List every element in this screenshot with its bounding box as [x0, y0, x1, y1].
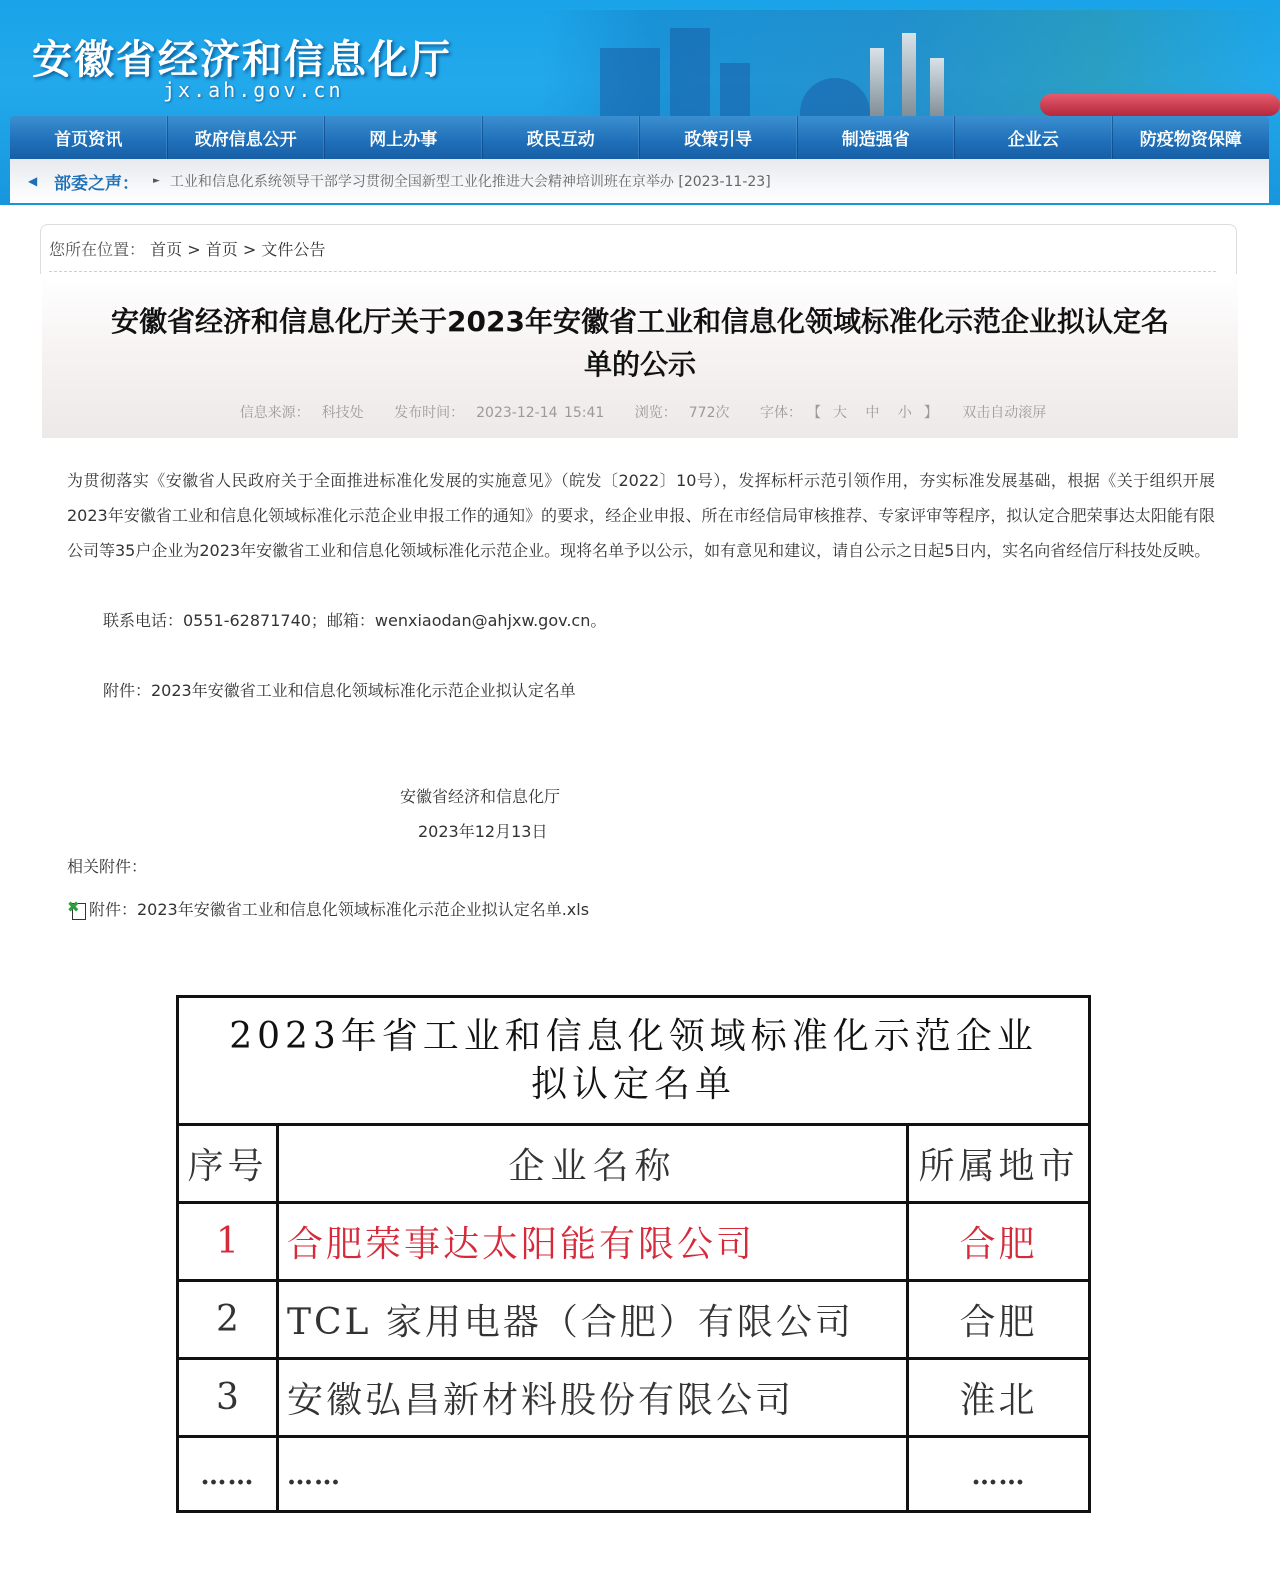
font-medium-button[interactable]: 中	[865, 405, 879, 421]
views-count: 772次	[689, 405, 730, 421]
nav-item-online-services[interactable]: 网上办事	[325, 116, 483, 159]
cell-no: ……	[179, 1438, 279, 1513]
source-label: 信息来源：	[240, 405, 310, 421]
breadcrumb-link-announcements[interactable]: 文件公告	[261, 240, 325, 259]
cell-company: 合肥荣事达太阳能有限公司	[279, 1204, 909, 1279]
article-body: 为贯彻落实《安徽省人民政府关于全面推进标准化发展的实施意见》（皖发〔2022〕1…	[67, 463, 1215, 568]
related-attachments-label: 相关附件：	[67, 849, 147, 884]
bracket: 【	[814, 405, 821, 421]
cell-company: 安徽弘昌新材料股份有限公司	[279, 1360, 909, 1435]
cell-no: 2	[179, 1282, 279, 1357]
signature-org: 安徽省经济和信息化厅	[400, 779, 560, 814]
cell-city: ……	[909, 1438, 1088, 1513]
cell-city: 合肥	[909, 1282, 1088, 1357]
article-meta: 信息来源：科技处 发布时间：2023-12-14 15:41 浏览：772次 字…	[42, 402, 1238, 422]
nav-item-epidemic-supplies[interactable]: 防疫物资保障	[1113, 116, 1270, 159]
title-line-1: 安徽省经济和信息化厅关于2023年安徽省工业和信息化领域标准化示范企业拟认定名	[111, 305, 1169, 338]
cell-no: 1	[179, 1204, 279, 1279]
table-row-ellipsis: …… …… ……	[179, 1438, 1088, 1513]
col-header-city: 所属地市	[909, 1126, 1088, 1201]
cell-company: TCL 家用电器（合肥）有限公司	[279, 1282, 909, 1357]
bracket: 】	[924, 405, 938, 421]
nav-item-policy[interactable]: 政策引导	[640, 116, 798, 159]
table-row: 2 TCL 家用电器（合肥）有限公司 合肥	[179, 1282, 1088, 1360]
table-header-row: 序号 企业名称 所属地市	[179, 1126, 1088, 1204]
signature-date: 2023年12月13日	[418, 814, 547, 849]
nav-item-manufacturing[interactable]: 制造强省	[798, 116, 956, 159]
nav-item-home-news[interactable]: 首页资讯	[10, 116, 168, 159]
breadcrumb-container: 您所在位置： 首页 > 首页 > 文件公告	[40, 224, 1237, 274]
article-header: 安徽省经济和信息化厅关于2023年安徽省工业和信息化领域标准化示范企业拟认定名 …	[42, 276, 1238, 438]
table-title-line-1: 2023年省工业和信息化领域标准化示范企业	[229, 1013, 1038, 1061]
site-url: jx.ah.gov.cn	[163, 78, 344, 102]
contact-info: 联系电话：0551-62871740；邮箱：wenxiaodan@ahjxw.g…	[103, 603, 606, 638]
breadcrumb: 您所在位置： 首页 > 首页 > 文件公告	[49, 237, 325, 260]
page-title: 安徽省经济和信息化厅关于2023年安徽省工业和信息化领域标准化示范企业拟认定名 …	[62, 300, 1218, 386]
source-value: 科技处	[322, 405, 364, 421]
candidate-list-table: 2023年省工业和信息化领域标准化示范企业 拟认定名单 序号 企业名称 所属地市…	[176, 995, 1091, 1513]
dotted-divider	[49, 271, 1216, 272]
cell-city: 合肥	[909, 1204, 1088, 1279]
attachment-file-name[interactable]: 附件：2023年安徽省工业和信息化领域标准化示范企业拟认定名单.xls	[89, 892, 589, 927]
bullet-arrow-icon: ►	[153, 176, 160, 186]
table-title: 2023年省工业和信息化领域标准化示范企业 拟认定名单	[179, 998, 1088, 1126]
attachment-file-link[interactable]: ✖ 附件：2023年安徽省工业和信息化领域标准化示范企业拟认定名单.xls	[67, 892, 589, 927]
main-nav: 首页资讯 政府信息公开 网上办事 政民互动 政策引导 制造强省 企业云 防疫物资…	[10, 116, 1269, 159]
skyline-illustration	[540, 10, 1280, 118]
excel-file-icon: ✖	[67, 900, 87, 920]
publish-time: 2023-12-14 15:41	[476, 405, 604, 421]
font-size-control: 字体：【大 中 小】	[754, 405, 944, 421]
speaker-icon: ◀	[28, 174, 42, 188]
font-large-button[interactable]: 大	[833, 405, 847, 421]
breadcrumb-separator: >	[187, 240, 200, 259]
title-line-2: 单的公示	[584, 348, 696, 381]
table-row: 3 安徽弘昌新材料股份有限公司 淮北	[179, 1360, 1088, 1438]
news-ticker: ◀ 部委之声： ► 工业和信息化系统领导干部学习贯彻全国新型工业化推进大会精神培…	[10, 159, 1269, 203]
breadcrumb-prefix: 您所在位置：	[49, 240, 145, 259]
col-header-company: 企业名称	[279, 1126, 909, 1201]
table-row: 1 合肥荣事达太阳能有限公司 合肥	[179, 1204, 1088, 1282]
cell-company: ……	[279, 1438, 909, 1513]
ticker-headline-link[interactable]: 工业和信息化系统领导干部学习贯彻全国新型工业化推进大会精神培训班在京举办 [20…	[170, 171, 771, 191]
cell-no: 3	[179, 1360, 279, 1435]
views-meta: 浏览：772次	[629, 405, 736, 421]
ticker-label: 部委之声：	[54, 169, 139, 194]
font-small-button[interactable]: 小	[898, 405, 912, 421]
font-label: 字体：	[760, 405, 802, 421]
site-logo-title[interactable]: 安徽省经济和信息化厅	[32, 28, 452, 85]
breadcrumb-link-home-2[interactable]: 首页	[206, 240, 238, 259]
breadcrumb-link-home[interactable]: 首页	[150, 240, 182, 259]
nav-item-enterprise-cloud[interactable]: 企业云	[955, 116, 1113, 159]
col-header-no: 序号	[179, 1126, 279, 1201]
attachment-note: 附件：2023年安徽省工业和信息化领域标准化示范企业拟认定名单	[103, 673, 576, 708]
publish-meta: 发布时间：2023-12-14 15:41	[388, 405, 610, 421]
nav-item-gov-info[interactable]: 政府信息公开	[168, 116, 326, 159]
table-title-line-2: 拟认定名单	[531, 1061, 736, 1109]
views-label: 浏览：	[635, 405, 677, 421]
source-meta: 信息来源：科技处	[234, 405, 370, 421]
breadcrumb-separator: >	[243, 240, 256, 259]
nav-item-interaction[interactable]: 政民互动	[483, 116, 641, 159]
cell-city: 淮北	[909, 1360, 1088, 1435]
autoscroll-hint: 双击自动滚屏	[962, 405, 1046, 421]
publish-label: 发布时间：	[394, 405, 464, 421]
